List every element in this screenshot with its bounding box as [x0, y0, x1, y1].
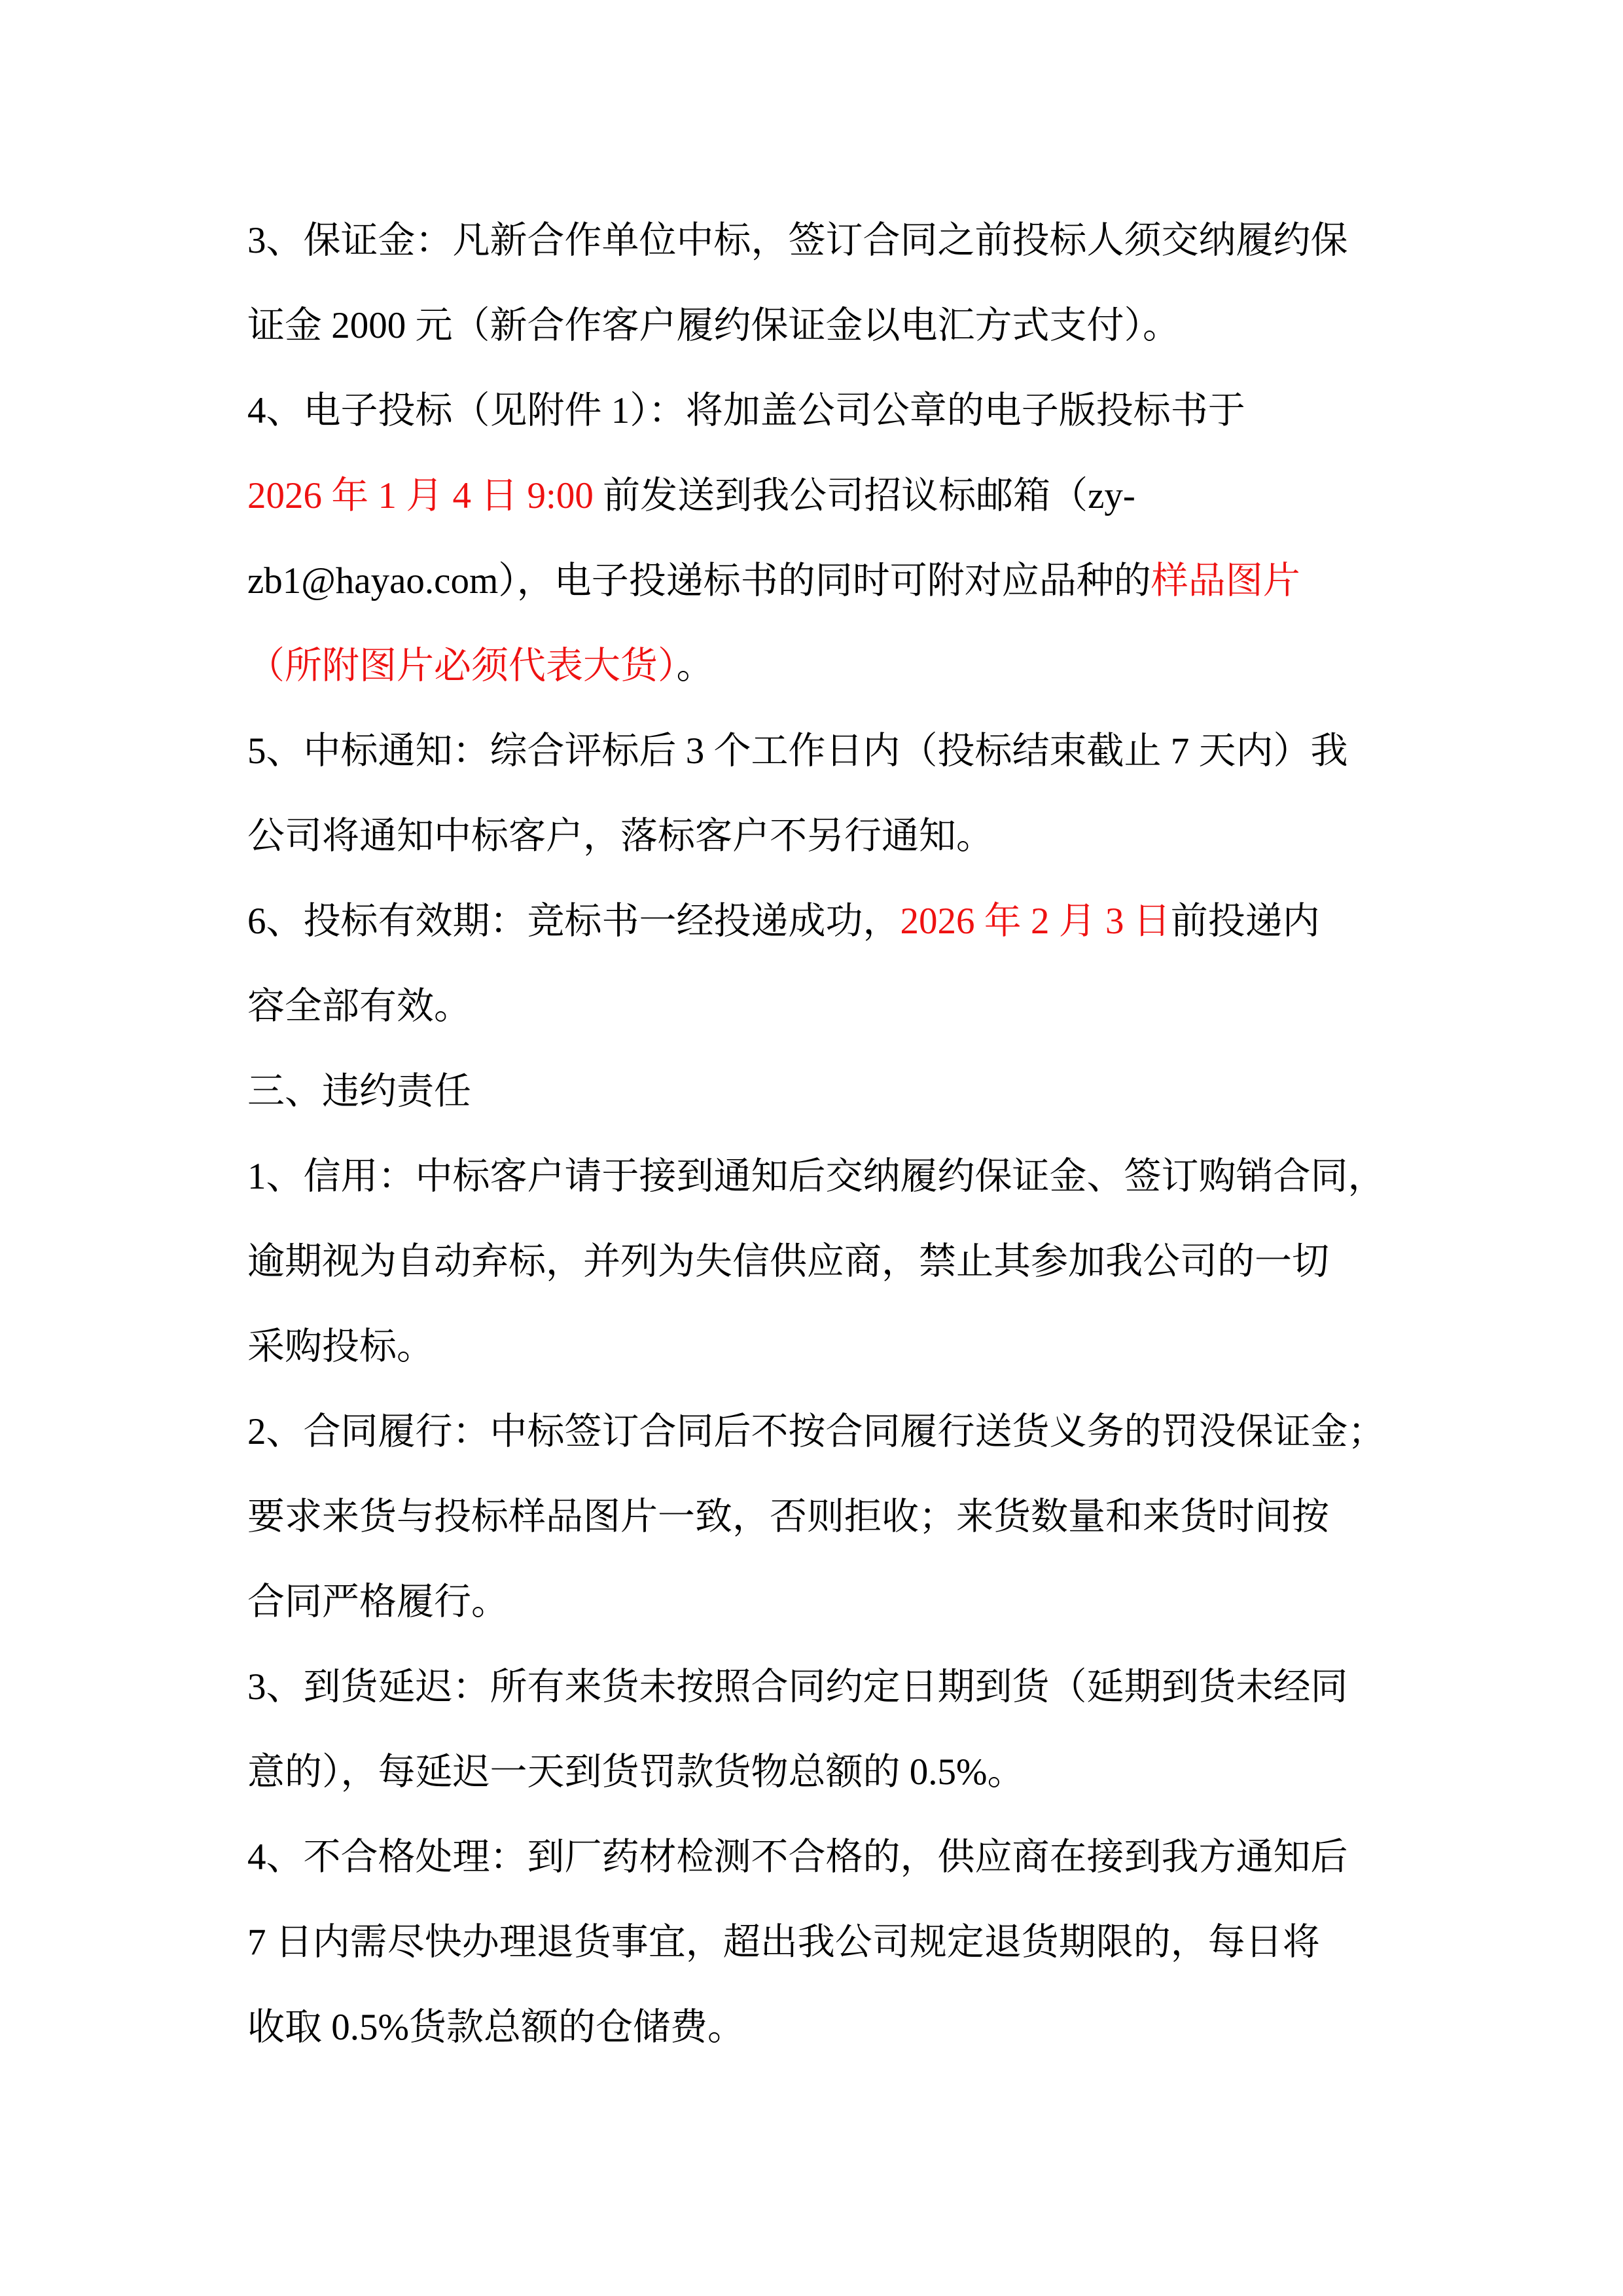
doc-line-12: 1、信用：中标客户请于接到通知后交纳履约保证金、签订购销合同，: [247, 1134, 1380, 1219]
highlighted-text-segment: （所附图片必须代表大货）: [247, 645, 677, 687]
text-segment: 3、保证金：凡新合作单位中标，签订合同之前投标人须交纳履约保: [247, 220, 1348, 261]
text-segment: 采购投标。: [247, 1326, 434, 1367]
doc-line-06: （所附图片必须代表大货）。: [247, 624, 1380, 709]
text-segment: 。: [677, 645, 714, 687]
document-body: 3、保证金：凡新合作单位中标，签订合同之前投标人须交纳履约保 证金 2000 元…: [247, 198, 1380, 2070]
text-segment: 合同严格履行。: [247, 1581, 508, 1623]
text-segment: 意的），每延迟一天到货罚款货物总额的 0.5%。: [247, 1751, 1024, 1793]
text-segment: 逾期视为自动弃标，并列为失信供应商，禁止其参加我公司的一切: [247, 1241, 1329, 1282]
doc-line-16: 要求来货与投标样品图片一致，否则拒收；来货数量和来货时间按: [247, 1475, 1380, 1560]
text-segment: zb1@hayao.com），电子投递标书的同时可附对应品种的: [247, 560, 1151, 601]
doc-line-14: 采购投标。: [247, 1304, 1380, 1390]
doc-line-22: 收取 0.5%货款总额的仓储费。: [247, 1985, 1380, 2070]
doc-line-13: 逾期视为自动弃标，并列为失信供应商，禁止其参加我公司的一切: [247, 1219, 1380, 1304]
text-segment: 3、到货延迟：所有来货未按照合同约定日期到货（延期到货未经同: [247, 1666, 1348, 1708]
doc-line-21: 7 日内需尽快办理退货事宜，超出我公司规定退货期限的，每日将: [247, 1900, 1380, 1985]
text-segment: 6、投标有效期：竞标书一经投递成功，: [247, 901, 901, 942]
highlighted-text-segment: 样品图片: [1151, 560, 1300, 601]
text-segment: 1、信用：中标客户请于接到通知后交纳履约保证金、签订购销合同，: [247, 1156, 1385, 1197]
doc-line-10: 容全部有效。: [247, 964, 1380, 1049]
doc-line-02: 证金 2000 元（新合作客户履约保证金以电汇方式支付）。: [247, 283, 1380, 368]
highlighted-date-segment: 2026 年 2 月 3 日: [901, 901, 1171, 942]
text-segment: 前投递内: [1171, 901, 1320, 942]
text-segment: 2、合同履行：中标签订合同后不按合同履行送货义务的罚没保证金；: [247, 1411, 1385, 1452]
doc-line-01: 3、保证金：凡新合作单位中标，签订合同之前投标人须交纳履约保: [247, 198, 1380, 283]
text-segment: 证金 2000 元（新合作客户履约保证金以电汇方式支付）。: [247, 305, 1180, 346]
text-segment: 要求来货与投标样品图片一致，否则拒收；来货数量和来货时间按: [247, 1496, 1329, 1537]
doc-line-18: 3、到货延迟：所有来货未按照合同约定日期到货（延期到货未经同: [247, 1645, 1380, 1730]
highlighted-date-segment: 2026 年 1 月 4 日 9:00: [247, 475, 594, 516]
text-segment: 7 日内需尽快办理退货事宜，超出我公司规定退货期限的，每日将: [247, 1922, 1320, 1963]
doc-line-04: 2026 年 1 月 4 日 9:00 前发送到我公司招议标邮箱（zy-: [247, 454, 1380, 539]
doc-line-05: zb1@hayao.com），电子投递标书的同时可附对应品种的样品图片: [247, 539, 1380, 624]
doc-line-19: 意的），每延迟一天到货罚款货物总额的 0.5%。: [247, 1730, 1380, 1815]
doc-line-07: 5、中标通知：综合评标后 3 个工作日内（投标结束截止 7 天内）我: [247, 709, 1380, 794]
text-segment: 公司将通知中标客户，落标客户不另行通知。: [247, 816, 993, 857]
doc-line-17: 合同严格履行。: [247, 1560, 1380, 1645]
doc-line-03: 4、电子投标（见附件 1）：将加盖公司公章的电子版投标书于: [247, 368, 1380, 454]
text-segment: 5、中标通知：综合评标后 3 个工作日内（投标结束截止 7 天内）我: [247, 730, 1348, 772]
text-segment: 前发送到我公司招议标邮箱（zy-: [594, 475, 1135, 516]
section-heading-segment: 三、违约责任: [247, 1071, 471, 1112]
text-segment: 收取 0.5%货款总额的仓储费。: [247, 2007, 745, 2048]
doc-line-08: 公司将通知中标客户，落标客户不另行通知。: [247, 794, 1380, 879]
document-page: { "colors": { "text": "#000000", "highli…: [0, 0, 1623, 2296]
text-segment: 容全部有效。: [247, 986, 471, 1027]
doc-line-09: 6、投标有效期：竞标书一经投递成功，2026 年 2 月 3 日前投递内: [247, 879, 1380, 964]
doc-line-15: 2、合同履行：中标签订合同后不按合同履行送货义务的罚没保证金；: [247, 1390, 1380, 1475]
doc-line-11: 三、违约责任: [247, 1049, 1380, 1134]
text-segment: 4、电子投标（见附件 1）：将加盖公司公章的电子版投标书于: [247, 390, 1245, 431]
doc-line-20: 4、不合格处理：到厂药材检测不合格的，供应商在接到我方通知后: [247, 1815, 1380, 1900]
text-segment: 4、不合格处理：到厂药材检测不合格的，供应商在接到我方通知后: [247, 1837, 1348, 1878]
